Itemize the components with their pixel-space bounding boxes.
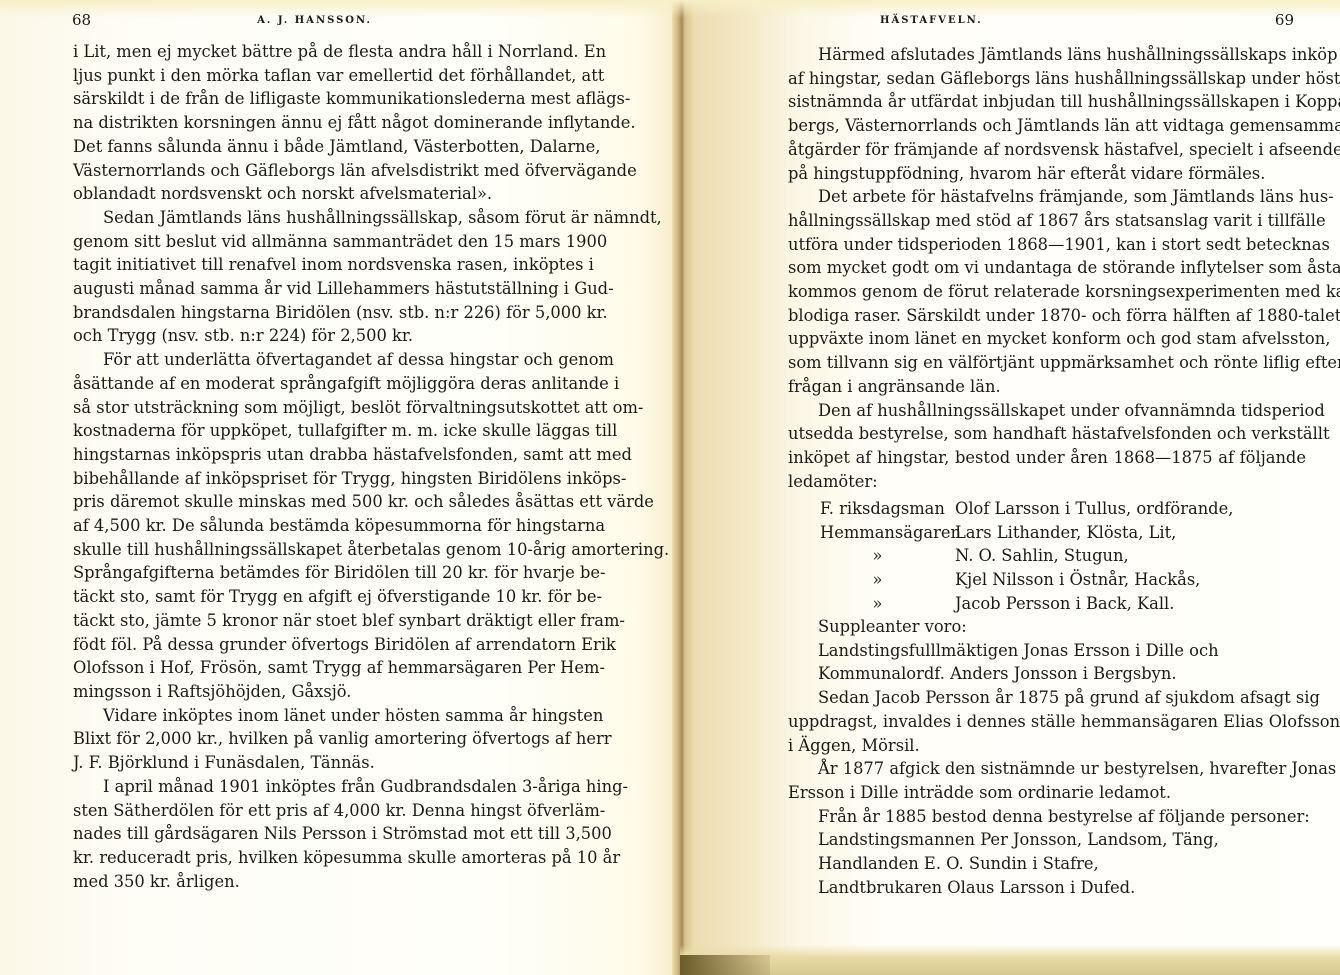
right-page-text-continued: Suppleanter voro:Landstingsfulllmäktigen… [788, 615, 1306, 899]
text-line: Landtbrukaren Olaus Larsson i Dufed. [788, 876, 1306, 900]
text-line: För att underlätta öfvertagandet af dess… [73, 348, 591, 372]
text-line: Från år 1885 bestod denna bestyrelse af … [788, 805, 1306, 829]
text-line: kostnaderna för uppköpet, tullafgifter m… [73, 419, 591, 443]
member-role: » [820, 592, 955, 616]
text-line: och Trygg (nsv. stb. n:r 224) för 2,500 … [73, 324, 591, 348]
text-line: kommos genom de förut relaterade korsnin… [788, 280, 1306, 304]
member-name: Lars Lithander, Klösta, Lit, [955, 521, 1176, 545]
right-running-head: HÄSTAFVELN. 69 [880, 8, 1294, 32]
text-line: sten Sätherdölen för ett pris af 4,000 k… [73, 799, 591, 823]
text-line: mingsson i Raftsjöhöjden, Gåxsjö. [73, 680, 591, 704]
text-line: Härmed afslutades Jämtlands läns hushåll… [788, 43, 1306, 67]
member-row: »Kjel Nilsson i Östnår, Hackås, [820, 568, 1300, 592]
book-gutter [672, 0, 694, 975]
text-line: kr. reduceradt pris, hvilken köpesumma s… [73, 846, 591, 870]
text-line: brandsdalen hingstarna Biridölen (nsv. s… [73, 301, 591, 325]
member-row: HemmansägarenLars Lithander, Klösta, Lit… [820, 521, 1300, 545]
text-line: Olofsson i Hof, Frösön, samt Trygg af he… [73, 656, 591, 680]
text-line: oblandadt nordsvenskt och norskt afvelsm… [73, 182, 591, 206]
text-line: Sedan Jämtlands läns hushållningssällska… [73, 206, 591, 230]
text-line: nades till gårdsägaren Nils Persson i St… [73, 822, 591, 846]
text-line: frågan i angränsande län. [788, 375, 1306, 399]
text-line: som mycket godt om vi undantaga de störa… [788, 256, 1306, 280]
text-line: med 350 kr. årligen. [73, 870, 591, 894]
text-line: särskildt i de från de lifligaste kommun… [73, 87, 591, 111]
text-line: Västernorrlands och Gäfleborgs län afvel… [73, 159, 591, 183]
text-line: så stor utsträckning som möjligt, beslöt… [73, 396, 591, 420]
text-line: hingstarnas inköpspris utan drabba hästa… [73, 443, 591, 467]
text-line: I april månad 1901 inköptes från Gudbran… [73, 775, 591, 799]
text-line: Den af hushållningssällskapet under ofva… [788, 399, 1306, 423]
left-page-number: 68 [72, 11, 91, 29]
text-line: Suppleanter voro: [788, 615, 1306, 639]
text-line: födt föl. På dessa grunder öfvertogs Bir… [73, 633, 591, 657]
text-line: Det fanns sålunda ännu i både Jämtland, … [73, 135, 591, 159]
book-spread: 68 A. J. HANSSON. i Lit, men ej mycket b… [0, 0, 1340, 975]
text-line: af 4,500 kr. De sålunda bestämda köpesum… [73, 514, 591, 538]
text-line: Språngafgifterna betämdes för Biridölen … [73, 561, 591, 585]
text-line: i Lit, men ej mycket bättre på de flesta… [73, 40, 591, 64]
member-role: F. riksdagsman [820, 497, 955, 521]
text-line: bergs, Västernorrlands och Jämtlands län… [788, 114, 1306, 138]
page-bottom-shadow [680, 945, 1340, 975]
text-line: hållningssällskap med stöd af 1867 års s… [788, 209, 1306, 233]
member-role: » [820, 544, 955, 568]
text-line: År 1877 afgick den sistnämnde ur bestyre… [788, 757, 1306, 781]
text-line: augusti månad samma år vid Lillehammers … [73, 277, 591, 301]
left-running-head: 68 A. J. HANSSON. [72, 8, 592, 32]
text-line: utföra under tidsperioden 1868—1901, kan… [788, 233, 1306, 257]
member-row: »Jacob Persson i Back, Kall. [820, 592, 1300, 616]
member-name: Olof Larsson i Tullus, ordförande, [955, 497, 1233, 521]
text-line: på hingstuppfödning, hvarom här efteråt … [788, 162, 1306, 186]
text-line: genom sitt beslut vid allmänna sammanträ… [73, 230, 591, 254]
text-line: Landstingsfulllmäktigen Jonas Ersson i D… [788, 639, 1306, 663]
text-line: skulle till hushållningssällskapet återb… [73, 538, 591, 562]
members-list: F. riksdagsmanOlof Larsson i Tullus, ord… [820, 497, 1300, 616]
member-name: N. O. Sahlin, Stugun, [955, 544, 1129, 568]
text-line: uppväxte inom länet en mycket konform oc… [788, 327, 1306, 351]
member-name: Kjel Nilsson i Östnår, Hackås, [955, 568, 1200, 592]
text-line: tagit initiativet till renafvel inom nor… [73, 253, 591, 277]
right-page-number: 69 [1275, 11, 1294, 29]
text-line: J. F. Björklund i Funäsdalen, Tännäs. [73, 751, 591, 775]
text-line: Det arbete för hästafvelns främjande, so… [788, 185, 1306, 209]
text-line: åtgärder för främjande af nordsvensk häs… [788, 138, 1306, 162]
text-line: Blixt för 2,000 kr., hvilken på vanlig a… [73, 727, 591, 751]
text-line: Landstingsmannen Per Jonsson, Landsom, T… [788, 828, 1306, 852]
member-role: Hemmansägaren [820, 521, 955, 545]
text-line: Kommunalordf. Anders Jonsson i Bergsbyn. [788, 662, 1306, 686]
right-page-text: Härmed afslutades Jämtlands läns hushåll… [788, 43, 1306, 493]
text-line: bibehållande af inköpspriset för Trygg, … [73, 467, 591, 491]
text-line: af hingstar, sedan Gäfleborgs läns hushå… [788, 67, 1306, 91]
text-line: uppdragst, invaldes i dennes ställe hemm… [788, 710, 1306, 734]
text-line: ljus punkt i den mörka taflan var emelle… [73, 64, 591, 88]
text-line: Vidare inköptes inom länet under hösten … [73, 704, 591, 728]
text-line: pris däremot skulle minskas med 500 kr. … [73, 490, 591, 514]
member-role: » [820, 568, 955, 592]
left-page-text: i Lit, men ej mycket bättre på de flesta… [73, 40, 591, 893]
text-line: som tillvann sig en välförtjänt uppmärks… [788, 351, 1306, 375]
text-line: Ersson i Dille inträdde som ordinarie le… [788, 781, 1306, 805]
member-row: F. riksdagsmanOlof Larsson i Tullus, ord… [820, 497, 1300, 521]
text-line: blodiga raser. Särskildt under 1870- och… [788, 304, 1306, 328]
member-row: »N. O. Sahlin, Stugun, [820, 544, 1300, 568]
left-running-title: A. J. HANSSON. [257, 15, 372, 26]
text-line: åsättande af en moderat språngafgift möj… [73, 372, 591, 396]
member-name: Jacob Persson i Back, Kall. [955, 592, 1174, 616]
text-line: inköpet af hingstar, bestod under åren 1… [788, 446, 1306, 470]
text-line: Sedan Jacob Persson år 1875 på grund af … [788, 686, 1306, 710]
text-line: i Äggen, Mörsil. [788, 734, 1306, 758]
text-line: na distrikten korsningen ännu ej fått nå… [73, 111, 591, 135]
text-line: täckt sto, jämte 5 kronor när stoet blef… [73, 609, 591, 633]
text-line: ledamöter: [788, 470, 1306, 494]
text-line: Handlanden E. O. Sundin i Stafre, [788, 852, 1306, 876]
right-running-title: HÄSTAFVELN. [880, 15, 983, 26]
text-line: sistnämnda år utfärdat inbjudan till hus… [788, 90, 1306, 114]
text-line: täckt sto, samt för Trygg en afgift ej ö… [73, 585, 591, 609]
text-line: utsedda bestyrelse, som handhaft hästafv… [788, 422, 1306, 446]
